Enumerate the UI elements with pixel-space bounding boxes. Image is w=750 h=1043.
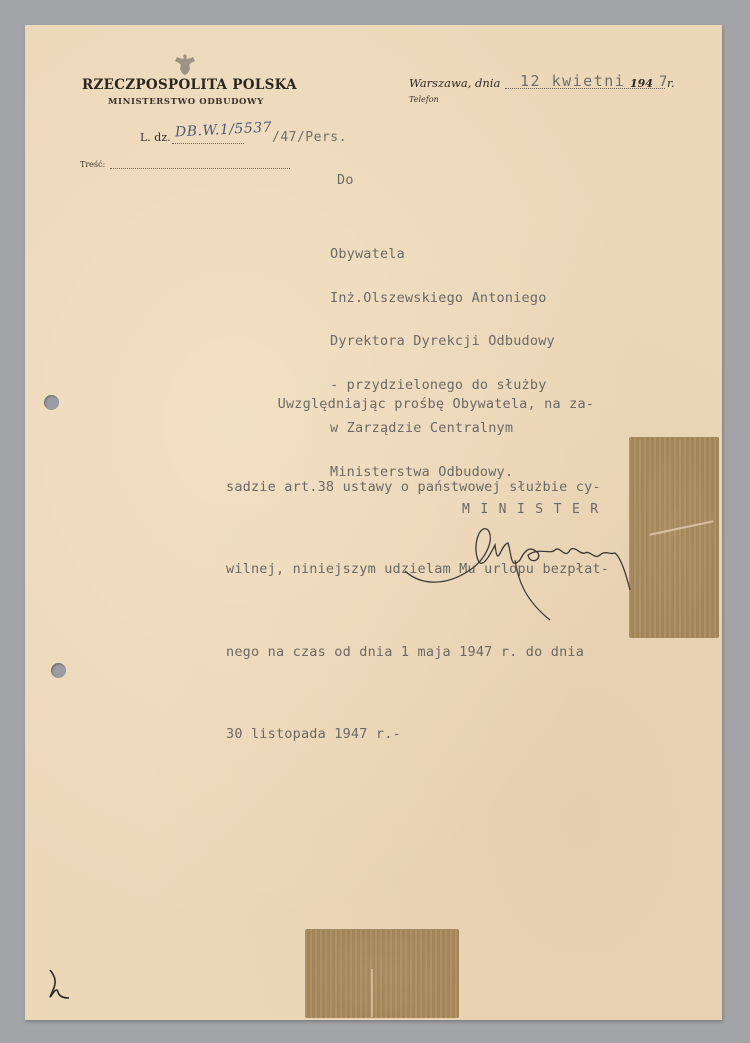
address-line: Inż.Olszewskiego Antoniego bbox=[330, 291, 555, 306]
body-line: Uwzględniając prośbę Obywatela, na za- bbox=[231, 391, 609, 419]
subject-dotted-line bbox=[110, 168, 290, 169]
reference-typed: /47/Pers. bbox=[272, 130, 347, 145]
reference-dotted-line bbox=[172, 143, 244, 144]
salutation: Do bbox=[337, 172, 354, 188]
subject-label: Treść: bbox=[80, 160, 105, 169]
date-typed: 12 kwietni bbox=[520, 72, 625, 90]
punch-hole-bottom bbox=[51, 663, 66, 678]
address-line: Obywatela bbox=[330, 247, 555, 262]
year-suffix: r. bbox=[667, 77, 675, 90]
polish-eagle-emblem-icon bbox=[174, 52, 196, 76]
reference-label: L. dz. bbox=[140, 131, 171, 144]
adhesive-tape-bottom bbox=[305, 929, 459, 1018]
body-line: sadzie art.38 ustawy o państwowej służbi… bbox=[226, 474, 609, 502]
year-prefix: 194 bbox=[630, 77, 653, 90]
punch-hole-top bbox=[44, 395, 59, 410]
handwritten-signature-icon bbox=[400, 515, 670, 630]
phone-label: Telefon bbox=[409, 95, 439, 104]
letterhead-subtitle: MINISTERSTWO ODBUDOWY bbox=[108, 97, 264, 107]
place-date-label: Warszawa, dnia bbox=[409, 76, 500, 90]
body-line: nego na czas od dnia 1 maja 1947 r. do d… bbox=[226, 639, 609, 667]
letterhead-title: RZECZPOSPOLITA POLSKA bbox=[82, 77, 297, 93]
handwritten-initial-icon bbox=[45, 968, 71, 1002]
body-line: 30 listopada 1947 r.- bbox=[226, 721, 609, 749]
